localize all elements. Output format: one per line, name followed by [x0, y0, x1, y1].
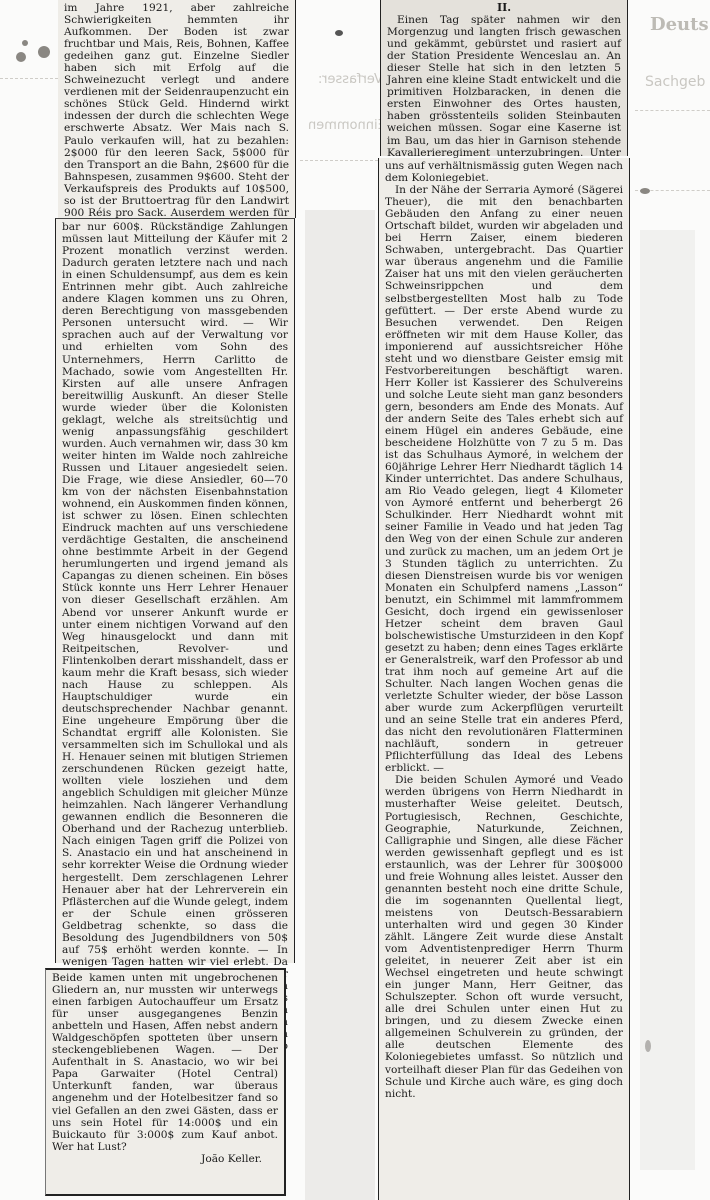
- author-signature: João Keller.: [52, 1153, 278, 1165]
- ink-speck: [38, 46, 50, 58]
- ink-speck: [335, 30, 343, 36]
- article-clip-left-middle: bar nur 600$. Rückständige Zahlungen müs…: [55, 218, 295, 963]
- ink-speck: [640, 188, 650, 194]
- background-rule: [0, 78, 58, 79]
- background-fragment-right: Sachgeb: [645, 74, 705, 90]
- ink-speck: [16, 52, 26, 62]
- section-number: II.: [387, 2, 621, 14]
- article-clip-right-bottom: uns auf verhältnismässig guten Wegen nac…: [378, 158, 630, 1200]
- background-rule: [300, 160, 378, 161]
- ink-speck: [22, 40, 28, 46]
- article-clip-right-top: II. Einen Tag später nahmen wir den Morg…: [380, 0, 628, 156]
- article-clip-left-top: im Jahre 1921, aber zahlreiche Schwierig…: [58, 0, 296, 218]
- background-ghost-column: [305, 210, 375, 1200]
- paragraph: uns auf verhältnismässig guten Wegen nac…: [385, 160, 623, 184]
- background-mirrored-fragment-2: Einnommen: [308, 118, 386, 133]
- paragraph: Beide kamen unten mit ungebrochenen Glie…: [52, 972, 278, 1153]
- paragraph: Die beiden Schulen Aymoré und Veado werd…: [385, 774, 623, 1099]
- background-ghost-column: [640, 230, 695, 1170]
- background-rule: [635, 110, 710, 111]
- background-mirrored-fragment-1: Verfasser:: [318, 72, 383, 87]
- ink-speck: [645, 1040, 651, 1052]
- paragraph: bar nur 600$. Rückständige Zahlungen müs…: [62, 221, 288, 1064]
- article-clip-left-bottom: Beide kamen unten mit ungebrochenen Glie…: [45, 968, 286, 1196]
- background-header-fragment: Deuts: [650, 14, 709, 35]
- paragraph: In der Nähe der Serraria Aymoré (Sägerei…: [385, 184, 623, 774]
